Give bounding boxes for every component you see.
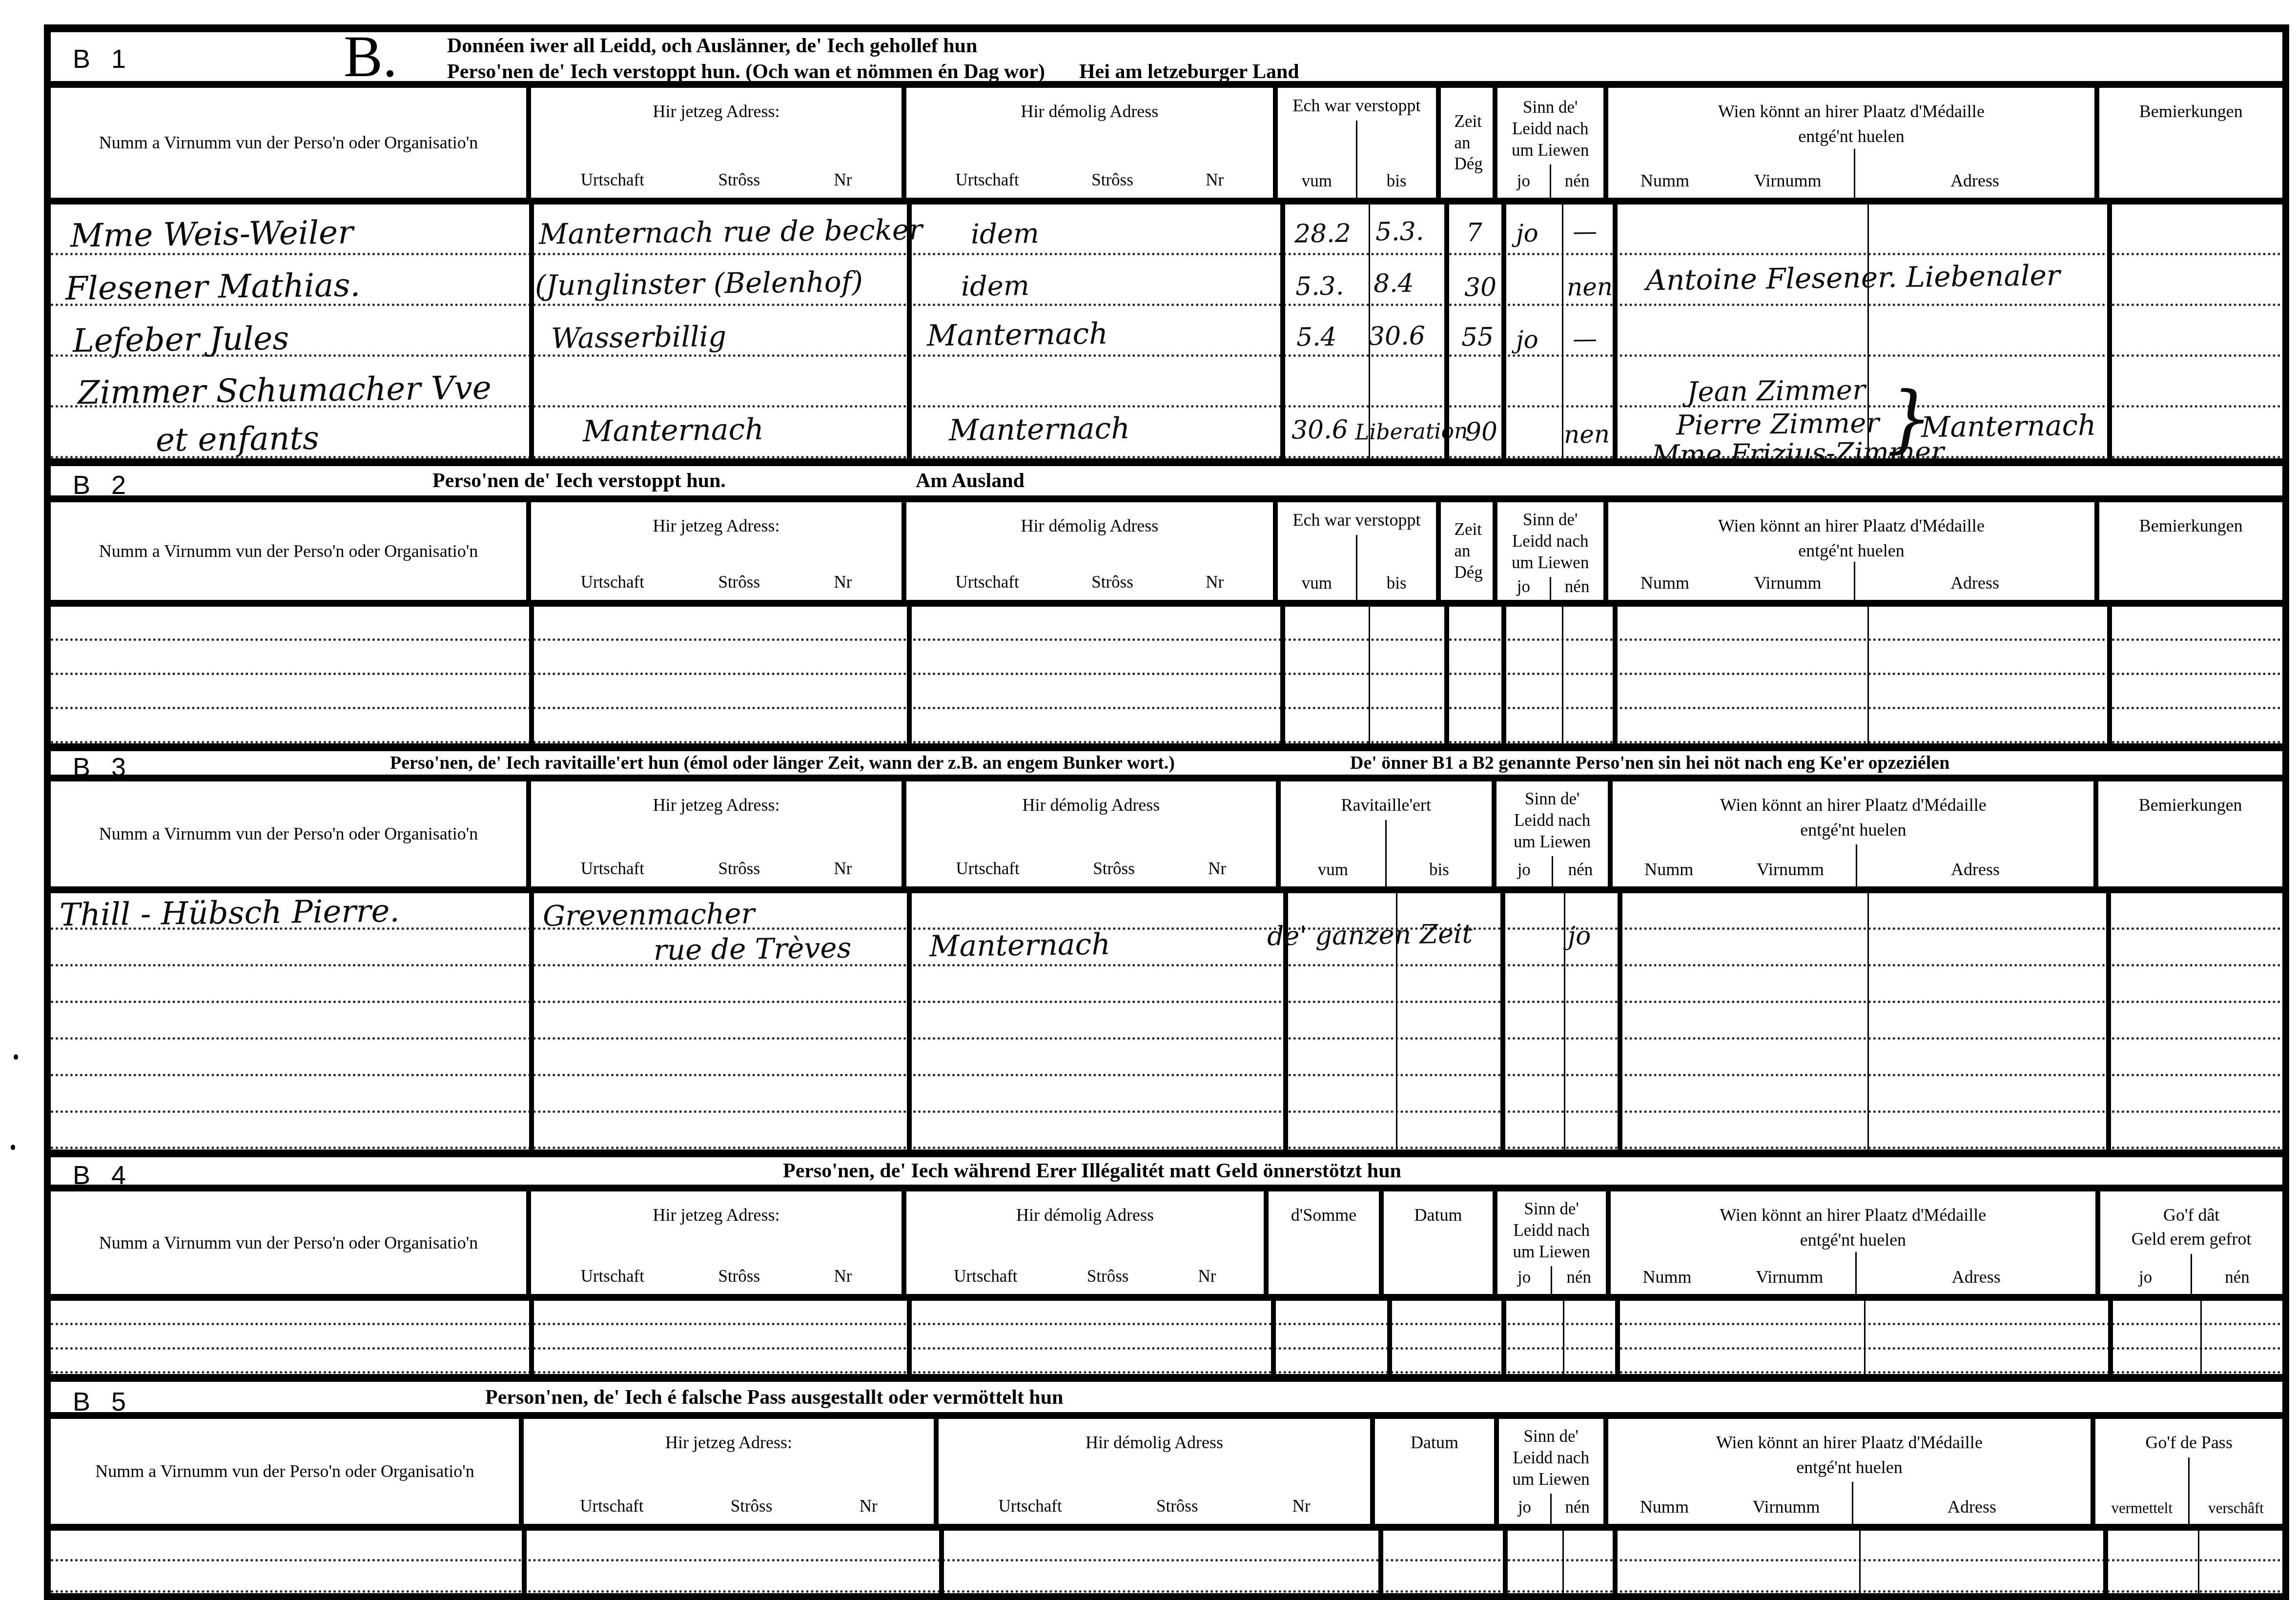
stross-label: Strôss bbox=[718, 1267, 760, 1286]
urtschaft-label: Urtschaft bbox=[580, 1497, 643, 1516]
b2-col-name: Numm a Virnumm vun der Perso'n oder Orga… bbox=[51, 502, 531, 600]
b1-entry-vum-3: 5.4 bbox=[1296, 322, 1337, 352]
former-address-label: Hir démolig Adress bbox=[939, 1432, 1371, 1454]
nr-label: Nr bbox=[1206, 573, 1224, 592]
current-address-label: Hir jetzeg Adress: bbox=[531, 101, 902, 123]
column-line bbox=[1500, 893, 1505, 1149]
b1-title-band: B 1 B. Donnéen iwer all Leidd, och Auslä… bbox=[51, 32, 2282, 88]
column-line bbox=[529, 607, 534, 743]
section-b4: B 4 Perso'nen, de' Iech während Erer Ill… bbox=[44, 1149, 2289, 1374]
b3-col-alive: Sinn de' Leidd nach um Liewen jo nén bbox=[1496, 781, 1613, 886]
column-line-thin bbox=[1867, 607, 1869, 743]
nr-label: Nr bbox=[1198, 1267, 1216, 1286]
row-rule bbox=[51, 354, 2282, 357]
stross-label: Strôss bbox=[1091, 573, 1133, 592]
b2-title: Perso'nen de' Iech verstoppt hun. bbox=[432, 469, 726, 492]
b3-entry-former-1: Manternach bbox=[929, 927, 1111, 964]
bis-label: bis bbox=[1429, 860, 1449, 880]
b2-column-headers: Numm a Virnumm vun der Perso'n oder Orga… bbox=[51, 502, 2282, 607]
b4-col-current-address: Hir jetzeg Adress: Urtschaft Strôss Nr bbox=[531, 1191, 906, 1294]
b5-col-pass: Go'f de Pass vermettelt verschâft bbox=[2095, 1419, 2282, 1524]
b1-entry-name-3: Lefeber Jules bbox=[73, 319, 289, 359]
urtschaft-label: Urtschaft bbox=[581, 170, 644, 190]
urtschaft-label: Urtschaft bbox=[956, 859, 1019, 879]
name-col-label: Numm a Virnumm vun der Perso'n oder Orga… bbox=[62, 1460, 507, 1483]
b3-entry-current-1: Grevenmacher bbox=[543, 897, 755, 932]
b1-entry-days-4: 90 bbox=[1465, 417, 1498, 447]
column-line-thin bbox=[1369, 607, 1370, 743]
b1-title-line2: Perso'nen de' Iech verstoppt hun. (Och w… bbox=[447, 61, 1045, 83]
b1-entry-nen-1: — bbox=[1573, 217, 1598, 246]
b1-entry-vum-1: 28.2 bbox=[1294, 219, 1352, 248]
b1-entry-nen-4: nen bbox=[1564, 420, 1610, 449]
zeit-label-2: an bbox=[1455, 132, 1483, 154]
bemierkungen-label: Bemierkungen bbox=[2099, 101, 2282, 123]
column-line-thin bbox=[1562, 607, 1563, 743]
virnumm-label: Virnumm bbox=[1754, 573, 1822, 593]
jo-label: jo bbox=[1517, 1268, 1531, 1287]
b5-label: B 5 bbox=[73, 1387, 133, 1417]
b5-col-datum: Datum bbox=[1375, 1419, 1498, 1524]
ravitailleert-label: Ravitaille'ert bbox=[1281, 794, 1492, 816]
column-line bbox=[2103, 1531, 2108, 1593]
column-line bbox=[2108, 1301, 2113, 1374]
sinn-label-2: Leidd nach bbox=[1514, 810, 1591, 831]
numm-label: Numm bbox=[1640, 573, 1689, 593]
urtschaft-label: Urtschaft bbox=[955, 170, 1019, 190]
nr-label: Nr bbox=[1208, 859, 1226, 879]
section-b1: B 1 B. Donnéen iwer all Leidd, och Auslä… bbox=[44, 24, 2289, 458]
b4-title-band: B 4 Perso'nen, de' Iech während Erer Ill… bbox=[51, 1157, 2282, 1191]
jo-label: jo bbox=[1517, 577, 1530, 596]
column-line bbox=[529, 1301, 534, 1374]
b1-entry-current-2: (Junglinster (Belenhof) bbox=[535, 265, 863, 302]
b1-col-days: Zeit an Dég bbox=[1441, 88, 1497, 198]
b3-col-remarks: Bemierkungen bbox=[2098, 781, 2282, 886]
b1-entry-days-3: 55 bbox=[1461, 323, 1494, 352]
b1-label: B 1 bbox=[73, 44, 133, 74]
row-rule bbox=[51, 456, 2282, 458]
b1-column-headers: Numm a Virnumm vun der Perso'n oder Orga… bbox=[51, 88, 2282, 205]
sinn-label-2: Leidd nach bbox=[1512, 118, 1589, 140]
b5-title-band: B 5 Person'nen, de' Iech é falsche Pass … bbox=[51, 1382, 2282, 1419]
nen-label: nén bbox=[1568, 860, 1593, 880]
row-rule bbox=[51, 1590, 2282, 1593]
b3-body: Thill - Hübsch Pierre. Grevenmacher rue … bbox=[51, 893, 2282, 1149]
b1-col-hidden-period: Ech war verstoppt vum bis bbox=[1278, 88, 1441, 198]
b1-titles: Donnéen iwer all Leidd, och Auslänner, d… bbox=[447, 33, 1299, 84]
column-line bbox=[1378, 1531, 1383, 1593]
column-line-thin bbox=[1564, 893, 1565, 1149]
current-address-label: Hir jetzeg Adress: bbox=[531, 794, 902, 816]
virnumm-label: Virnumm bbox=[1754, 170, 1822, 191]
jo-label: jo bbox=[1517, 171, 1530, 191]
datum-label: Datum bbox=[1384, 1204, 1493, 1226]
sinn-label-2: Leidd nach bbox=[1512, 531, 1589, 552]
column-line bbox=[907, 893, 912, 1149]
b1-col-alive: Sinn de' Leidd nach um Liewen jo nén bbox=[1497, 88, 1608, 198]
row-rule bbox=[51, 1371, 2282, 1374]
column-line bbox=[1613, 1531, 1618, 1593]
column-line bbox=[2106, 893, 2111, 1149]
b4-col-datum: Datum bbox=[1384, 1191, 1497, 1294]
b1-entry-former-1: idem bbox=[971, 218, 1040, 250]
row-rule bbox=[51, 673, 2282, 675]
gof-dat-label-1: Go'f dât bbox=[2100, 1204, 2282, 1226]
row-rule bbox=[51, 1001, 2282, 1003]
sinn-label-3: um Liewen bbox=[1514, 831, 1591, 853]
b1-col-name: Numm a Virnumm vun der Perso'n oder Orga… bbox=[51, 88, 531, 198]
gof-dat-label-2: Geld erem gefrot bbox=[2100, 1228, 2282, 1250]
adress-label: Adress bbox=[1947, 1497, 1996, 1517]
column-line bbox=[1501, 205, 1506, 458]
section-b5: B 5 Person'nen, de' Iech é falsche Pass … bbox=[44, 1374, 2289, 1600]
column-line bbox=[529, 893, 534, 1149]
b1-entry-jo-3: jo bbox=[1516, 326, 1538, 354]
virnumm-label: Virnumm bbox=[1756, 1267, 1824, 1287]
row-rule bbox=[51, 707, 2282, 709]
medal-label-2: entgé'nt huelen bbox=[1611, 1229, 2096, 1251]
b3-col-current-address: Hir jetzeg Adress: Urtschaft Strôss Nr bbox=[531, 781, 906, 886]
row-rule bbox=[51, 638, 2282, 641]
bis-label: bis bbox=[1387, 171, 1407, 191]
urtschaft-label: Urtschaft bbox=[581, 859, 644, 879]
sinn-label-2: Leidd nach bbox=[1513, 1220, 1590, 1241]
b1-entry-vum-4: 30.6 bbox=[1291, 415, 1349, 445]
medal-label-1: Wien könnt an hirer Plaatz d'Médaille bbox=[1608, 1432, 2091, 1454]
adress-label: Adress bbox=[1950, 573, 1999, 593]
zeit-label-1: Zeit bbox=[1455, 111, 1483, 132]
b4-col-somme: d'Somme bbox=[1269, 1191, 1384, 1294]
adress-label: Adress bbox=[1950, 170, 1999, 191]
column-line-thin bbox=[2200, 1301, 2202, 1374]
b1-entry-name-4: Zimmer Schumacher Vve bbox=[78, 369, 492, 411]
name-col-label: Numm a Virnumm vun der Perso'n oder Orga… bbox=[62, 822, 514, 845]
b4-title: Perso'nen, de' Iech während Erer Illégal… bbox=[783, 1159, 1401, 1183]
b2-col-remarks: Bemierkungen bbox=[2099, 502, 2282, 600]
b2-col-medal: Wien könnt an hirer Plaatz d'Médaille en… bbox=[1608, 502, 2100, 600]
zeit-label-3: Dég bbox=[1455, 562, 1483, 583]
column-line bbox=[2107, 607, 2112, 743]
nr-label: Nr bbox=[834, 170, 852, 190]
b1-entry-medal-2: Jean Zimmer bbox=[1687, 374, 1866, 408]
jo-label: jo bbox=[1517, 860, 1531, 880]
urtschaft-label: Urtschaft bbox=[998, 1497, 1062, 1516]
b2-col-hidden-period: Ech war verstoppt vum bis bbox=[1278, 502, 1441, 600]
adress-label: Adress bbox=[1951, 859, 2000, 880]
column-line bbox=[1444, 607, 1449, 743]
b3-entry-current-2: rue de Trèves bbox=[654, 931, 852, 967]
stross-label: Strôss bbox=[1091, 170, 1133, 190]
stross-label: Strôss bbox=[1093, 859, 1135, 879]
medal-label-1: Wien könnt an hirer Plaatz d'Médaille bbox=[1608, 515, 2095, 537]
b4-col-money-returned: Go'f dât Geld erem gefrot jo nén bbox=[2100, 1191, 2282, 1294]
column-line-thin bbox=[1562, 1531, 1564, 1593]
former-address-label: Hir démolig Adress bbox=[906, 101, 1272, 123]
section-b2: B 2 Perso'nen de' Iech verstoppt hun. Am… bbox=[44, 458, 2289, 743]
b5-col-name: Numm a Virnumm vun der Perso'n oder Orga… bbox=[51, 1419, 524, 1524]
b1-entry-bis-3: 30.6 bbox=[1369, 321, 1426, 351]
column-line bbox=[2107, 205, 2112, 458]
medal-label-1: Wien könnt an hirer Plaatz d'Médaille bbox=[1613, 794, 2093, 816]
numm-label: Numm bbox=[1644, 859, 1693, 880]
name-col-label: Numm a Virnumm vun der Perso'n oder Orga… bbox=[62, 540, 514, 563]
current-address-label: Hir jetzeg Adress: bbox=[524, 1432, 934, 1454]
b4-col-name: Numm a Virnumm vun der Perso'n oder Orga… bbox=[51, 1191, 531, 1294]
name-col-label: Numm a Virnumm vun der Perso'n oder Orga… bbox=[62, 1231, 514, 1254]
b1-entry-bis-4: Liberation bbox=[1355, 419, 1468, 445]
column-line bbox=[522, 1531, 527, 1593]
row-rule bbox=[51, 1037, 2282, 1040]
sinn-label-1: Sinn de' bbox=[1513, 1198, 1590, 1220]
column-line-thin bbox=[1563, 1301, 1564, 1374]
b1-entry-nen-2: nen bbox=[1567, 272, 1613, 301]
bemierkungen-label: Bemierkungen bbox=[2098, 794, 2282, 816]
urtschaft-label: Urtschaft bbox=[581, 573, 644, 592]
stross-label: Strôss bbox=[1156, 1497, 1198, 1516]
b3-title-band: B 3 Perso'nen, de' Iech ravitaille'ert h… bbox=[51, 751, 2282, 781]
numm-label: Numm bbox=[1643, 1267, 1692, 1287]
b5-col-medal: Wien könnt an hirer Plaatz d'Médaille en… bbox=[1608, 1419, 2096, 1524]
column-line-thin bbox=[2198, 1531, 2199, 1593]
b1-entry-current-1: Manternach rue de becker bbox=[539, 213, 923, 251]
form-letter-b: B. bbox=[344, 27, 397, 86]
row-rule bbox=[51, 964, 2282, 966]
b1-entry-bis-1: 5.3. bbox=[1375, 217, 1424, 246]
b1-body: Mme Weis-Weiler Flesener Mathias. Lefebe… bbox=[51, 205, 2282, 458]
b1-col-medal: Wien könnt an hirer Plaatz d'Médaille en… bbox=[1608, 88, 2100, 198]
column-line-thin bbox=[1867, 893, 1869, 1149]
b3-title: Perso'nen, de' Iech ravitaille'ert hun (… bbox=[390, 752, 1175, 774]
b5-col-current-address: Hir jetzeg Adress: Urtschaft Strôss Nr bbox=[524, 1419, 939, 1524]
column-line bbox=[1613, 607, 1618, 743]
verschaft-label: verschâft bbox=[2208, 1499, 2264, 1517]
current-address-label: Hir jetzeg Adress: bbox=[531, 1204, 902, 1226]
zeit-label-1: Zeit bbox=[1455, 519, 1483, 540]
row-rule bbox=[51, 253, 2282, 255]
verstoppt-label: Ech war verstoppt bbox=[1278, 95, 1436, 117]
dsomme-label: d'Somme bbox=[1269, 1204, 1379, 1226]
b1-col-current-address: Hir jetzeg Adress: Urtschaft Strôss Nr bbox=[531, 88, 906, 198]
urtschaft-label: Urtschaft bbox=[954, 1267, 1017, 1286]
b1-entry-days-2: 30 bbox=[1464, 273, 1497, 303]
sinn-label-3: um Liewen bbox=[1512, 1469, 1589, 1490]
b2-body bbox=[51, 607, 2282, 743]
row-rule bbox=[51, 1074, 2282, 1076]
jo-label: jo bbox=[2139, 1268, 2152, 1287]
row-rule bbox=[51, 1323, 2282, 1325]
row-rule bbox=[51, 1347, 2282, 1350]
column-line bbox=[1271, 1301, 1276, 1374]
b1-entry-days-1: 7 bbox=[1466, 218, 1483, 247]
b5-col-alive: Sinn de' Leidd nach um Liewen jo nén bbox=[1499, 1419, 1608, 1524]
column-line bbox=[1280, 205, 1285, 458]
column-line bbox=[939, 1531, 944, 1593]
current-address-label: Hir jetzeg Adress: bbox=[531, 515, 902, 537]
former-address-label: Hir démolig Adress bbox=[906, 1204, 1263, 1226]
nr-label: Nr bbox=[1206, 170, 1224, 190]
form-sheet: B 1 B. Donnéen iwer all Leidd, och Auslä… bbox=[44, 24, 2289, 1600]
numm-label: Numm bbox=[1640, 170, 1689, 191]
b4-label: B 4 bbox=[73, 1160, 133, 1190]
row-rule bbox=[51, 304, 2282, 306]
stross-label: Strôss bbox=[718, 859, 760, 879]
row-rule bbox=[51, 1147, 2282, 1149]
sinn-label-3: um Liewen bbox=[1512, 140, 1589, 161]
column-line-thin bbox=[1859, 1531, 1861, 1593]
section-b3: B 3 Perso'nen, de' Iech ravitaille'ert h… bbox=[44, 743, 2289, 1149]
urtschaft-label: Urtschaft bbox=[581, 1267, 644, 1286]
column-line-thin bbox=[1864, 1301, 1865, 1374]
row-rule bbox=[51, 741, 2282, 743]
b1-entry-former-2: idem bbox=[961, 270, 1030, 303]
column-line bbox=[1615, 1301, 1620, 1374]
b3-col-ravitailleert: Ravitaille'ert vum bis bbox=[1281, 781, 1496, 886]
b3-entry-name-1: Thill - Hübsch Pierre. bbox=[60, 893, 400, 934]
medal-label-2: entgé'nt huelen bbox=[1608, 125, 2095, 147]
sinn-label-1: Sinn de' bbox=[1512, 1426, 1589, 1447]
b4-col-alive: Sinn de' Leidd nach um Liewen jo nén bbox=[1497, 1191, 1611, 1294]
sinn-label-3: um Liewen bbox=[1513, 1241, 1590, 1263]
datum-label: Datum bbox=[1375, 1432, 1494, 1454]
stross-label: Strôss bbox=[718, 170, 760, 190]
stross-label: Strôss bbox=[718, 573, 760, 592]
b2-subtitle: Am Ausland bbox=[916, 469, 1025, 492]
b1-entry-name-1: Mme Weis-Weiler bbox=[70, 213, 354, 254]
nr-label: Nr bbox=[834, 859, 852, 879]
b4-col-former-address: Hir démolig Adress Urtschaft Strôss Nr bbox=[906, 1191, 1268, 1294]
b3-column-headers: Numm a Virnumm vun der Perso'n oder Orga… bbox=[51, 781, 2282, 893]
b4-body bbox=[51, 1301, 2282, 1374]
vum-label: vum bbox=[1318, 860, 1348, 880]
virnumm-label: Virnumm bbox=[1753, 1497, 1820, 1517]
scan-speck bbox=[14, 1054, 18, 1060]
b2-col-days: Zeit an Dég bbox=[1441, 502, 1497, 600]
verstoppt-label: Ech war verstoppt bbox=[1278, 509, 1436, 531]
medal-label-2: entgé'nt huelen bbox=[1613, 819, 2093, 841]
jo-label: jo bbox=[1518, 1497, 1531, 1517]
b1-entry-name-2: Flesener Mathias. bbox=[65, 266, 361, 307]
column-line bbox=[1501, 1301, 1506, 1374]
sinn-label-2: Leidd nach bbox=[1512, 1447, 1589, 1469]
b2-col-alive: Sinn de' Leidd nach um Liewen jo nén bbox=[1497, 502, 1608, 600]
b1-title-right: Hei am letzeburger Land bbox=[1079, 61, 1299, 83]
column-line bbox=[907, 607, 912, 743]
b3-label: B 3 bbox=[73, 752, 133, 782]
vum-label: vum bbox=[1302, 574, 1332, 593]
b1-entry-former-3: Manternach bbox=[927, 317, 1108, 353]
b3-col-former-address: Hir démolig Adress Urtschaft Strôss Nr bbox=[906, 781, 1280, 886]
column-line bbox=[1618, 893, 1622, 1149]
b1-entry-current-3: Wasserbillig bbox=[551, 320, 727, 355]
bis-label: bis bbox=[1387, 574, 1407, 593]
b1-title-line1: Donnéen iwer all Leidd, och Auslänner, d… bbox=[447, 33, 1299, 59]
stross-label: Strôss bbox=[1087, 1267, 1129, 1286]
b1-entry-medal-3: Pierre Zimmer bbox=[1676, 407, 1880, 441]
nen-label: nén bbox=[1565, 171, 1590, 191]
column-line bbox=[1387, 1301, 1392, 1374]
b5-body bbox=[51, 1531, 2282, 1593]
former-address-label: Hir démolig Adress bbox=[906, 515, 1272, 537]
medal-label-2: entgé'nt huelen bbox=[1608, 540, 2095, 562]
zeit-label-3: Dég bbox=[1455, 153, 1483, 175]
column-line bbox=[1501, 607, 1506, 743]
adress-label: Adress bbox=[1952, 1267, 2001, 1287]
b1-entry-medal-1: Antoine Flesener. Liebenaler bbox=[1646, 259, 2060, 297]
b1-entry-former-4: Manternach bbox=[949, 411, 1130, 448]
column-line-thin bbox=[1562, 205, 1563, 458]
b2-col-current-address: Hir jetzeg Adress: Urtschaft Strôss Nr bbox=[531, 502, 906, 600]
column-line bbox=[1280, 607, 1285, 743]
sinn-label-1: Sinn de' bbox=[1514, 788, 1591, 810]
b1-col-former-address: Hir démolig Adress Urtschaft Strôss Nr bbox=[906, 88, 1277, 198]
b5-title: Person'nen, de' Iech é falsche Pass ausg… bbox=[485, 1386, 1063, 1409]
b1-entry-current-4: Manternach bbox=[583, 412, 764, 449]
stross-label: Strôss bbox=[731, 1497, 773, 1516]
nr-label: Nr bbox=[860, 1497, 878, 1516]
bemierkungen-label: Bemierkungen bbox=[2099, 515, 2282, 537]
b3-col-medal: Wien könnt an hirer Plaatz d'Médaille en… bbox=[1613, 781, 2098, 886]
b1-entry-nen-3: — bbox=[1573, 325, 1598, 353]
sinn-label-3: um Liewen bbox=[1512, 552, 1589, 574]
b4-col-medal: Wien könnt an hirer Plaatz d'Médaille en… bbox=[1611, 1191, 2101, 1294]
virnumm-label: Virnumm bbox=[1757, 859, 1824, 880]
b2-label: B 2 bbox=[73, 470, 133, 500]
gof-pass-label: Go'f de Pass bbox=[2095, 1432, 2282, 1454]
b1-entry-vum-2: 5.3. bbox=[1295, 271, 1344, 301]
vum-label: vum bbox=[1302, 171, 1332, 191]
b1-entry-medal-place: Manternach bbox=[1921, 409, 2096, 444]
zeit-label-2: an bbox=[1455, 540, 1483, 562]
b5-col-former-address: Hir démolig Adress Urtschaft Strôss Nr bbox=[939, 1419, 1375, 1524]
b3-entry-ravitailleert-1: de' ganzen Zeit bbox=[1267, 918, 1473, 951]
row-rule bbox=[51, 1559, 2282, 1561]
urtschaft-label: Urtschaft bbox=[955, 573, 1019, 592]
b4-column-headers: Numm a Virnumm vun der Perso'n oder Orga… bbox=[51, 1191, 2282, 1301]
nen-label: nén bbox=[2225, 1268, 2250, 1287]
medal-label-1: Wien könnt an hirer Plaatz d'Médaille bbox=[1611, 1204, 2096, 1226]
column-line bbox=[1613, 205, 1618, 458]
b5-column-headers: Numm a Virnumm vun der Perso'n oder Orga… bbox=[51, 1419, 2282, 1531]
b1-entry-jo-1: jo bbox=[1516, 219, 1538, 248]
scan-speck bbox=[11, 1145, 15, 1150]
nen-label: nén bbox=[1565, 1497, 1590, 1517]
nen-label: nén bbox=[1565, 577, 1590, 596]
b1-entry-name-5: et enfants bbox=[156, 419, 320, 459]
b1-entry-bis-2: 8.4 bbox=[1373, 268, 1414, 298]
b2-title-band: B 2 Perso'nen de' Iech verstoppt hun. Am… bbox=[51, 466, 2282, 502]
column-line bbox=[907, 1301, 912, 1374]
b1-col-remarks: Bemierkungen bbox=[2099, 88, 2282, 198]
b3-col-name: Numm a Virnumm vun der Perso'n oder Orga… bbox=[51, 781, 531, 886]
row-rule bbox=[51, 1110, 2282, 1113]
column-line bbox=[529, 205, 534, 458]
sinn-label-1: Sinn de' bbox=[1512, 97, 1589, 118]
b3-entry-jo-1: jo bbox=[1568, 922, 1591, 951]
nr-label: Nr bbox=[834, 573, 852, 592]
nen-label: nén bbox=[1567, 1268, 1592, 1287]
sinn-label-1: Sinn de' bbox=[1512, 509, 1589, 531]
former-address-label: Hir démolig Adress bbox=[906, 794, 1275, 816]
numm-label: Numm bbox=[1640, 1497, 1689, 1517]
b3-subtitle: De' önner B1 a B2 genannte Perso'nen sin… bbox=[1350, 752, 1949, 774]
medal-label-2: entgé'nt huelen bbox=[1608, 1456, 2091, 1478]
nr-label: Nr bbox=[1292, 1497, 1311, 1516]
nr-label: Nr bbox=[834, 1267, 852, 1286]
name-col-label: Numm a Virnumm vun der Perso'n oder Orga… bbox=[62, 131, 514, 154]
b2-col-former-address: Hir démolig Adress Urtschaft Strôss Nr bbox=[906, 502, 1277, 600]
medal-label-1: Wien könnt an hirer Plaatz d'Médaille bbox=[1608, 101, 2095, 123]
